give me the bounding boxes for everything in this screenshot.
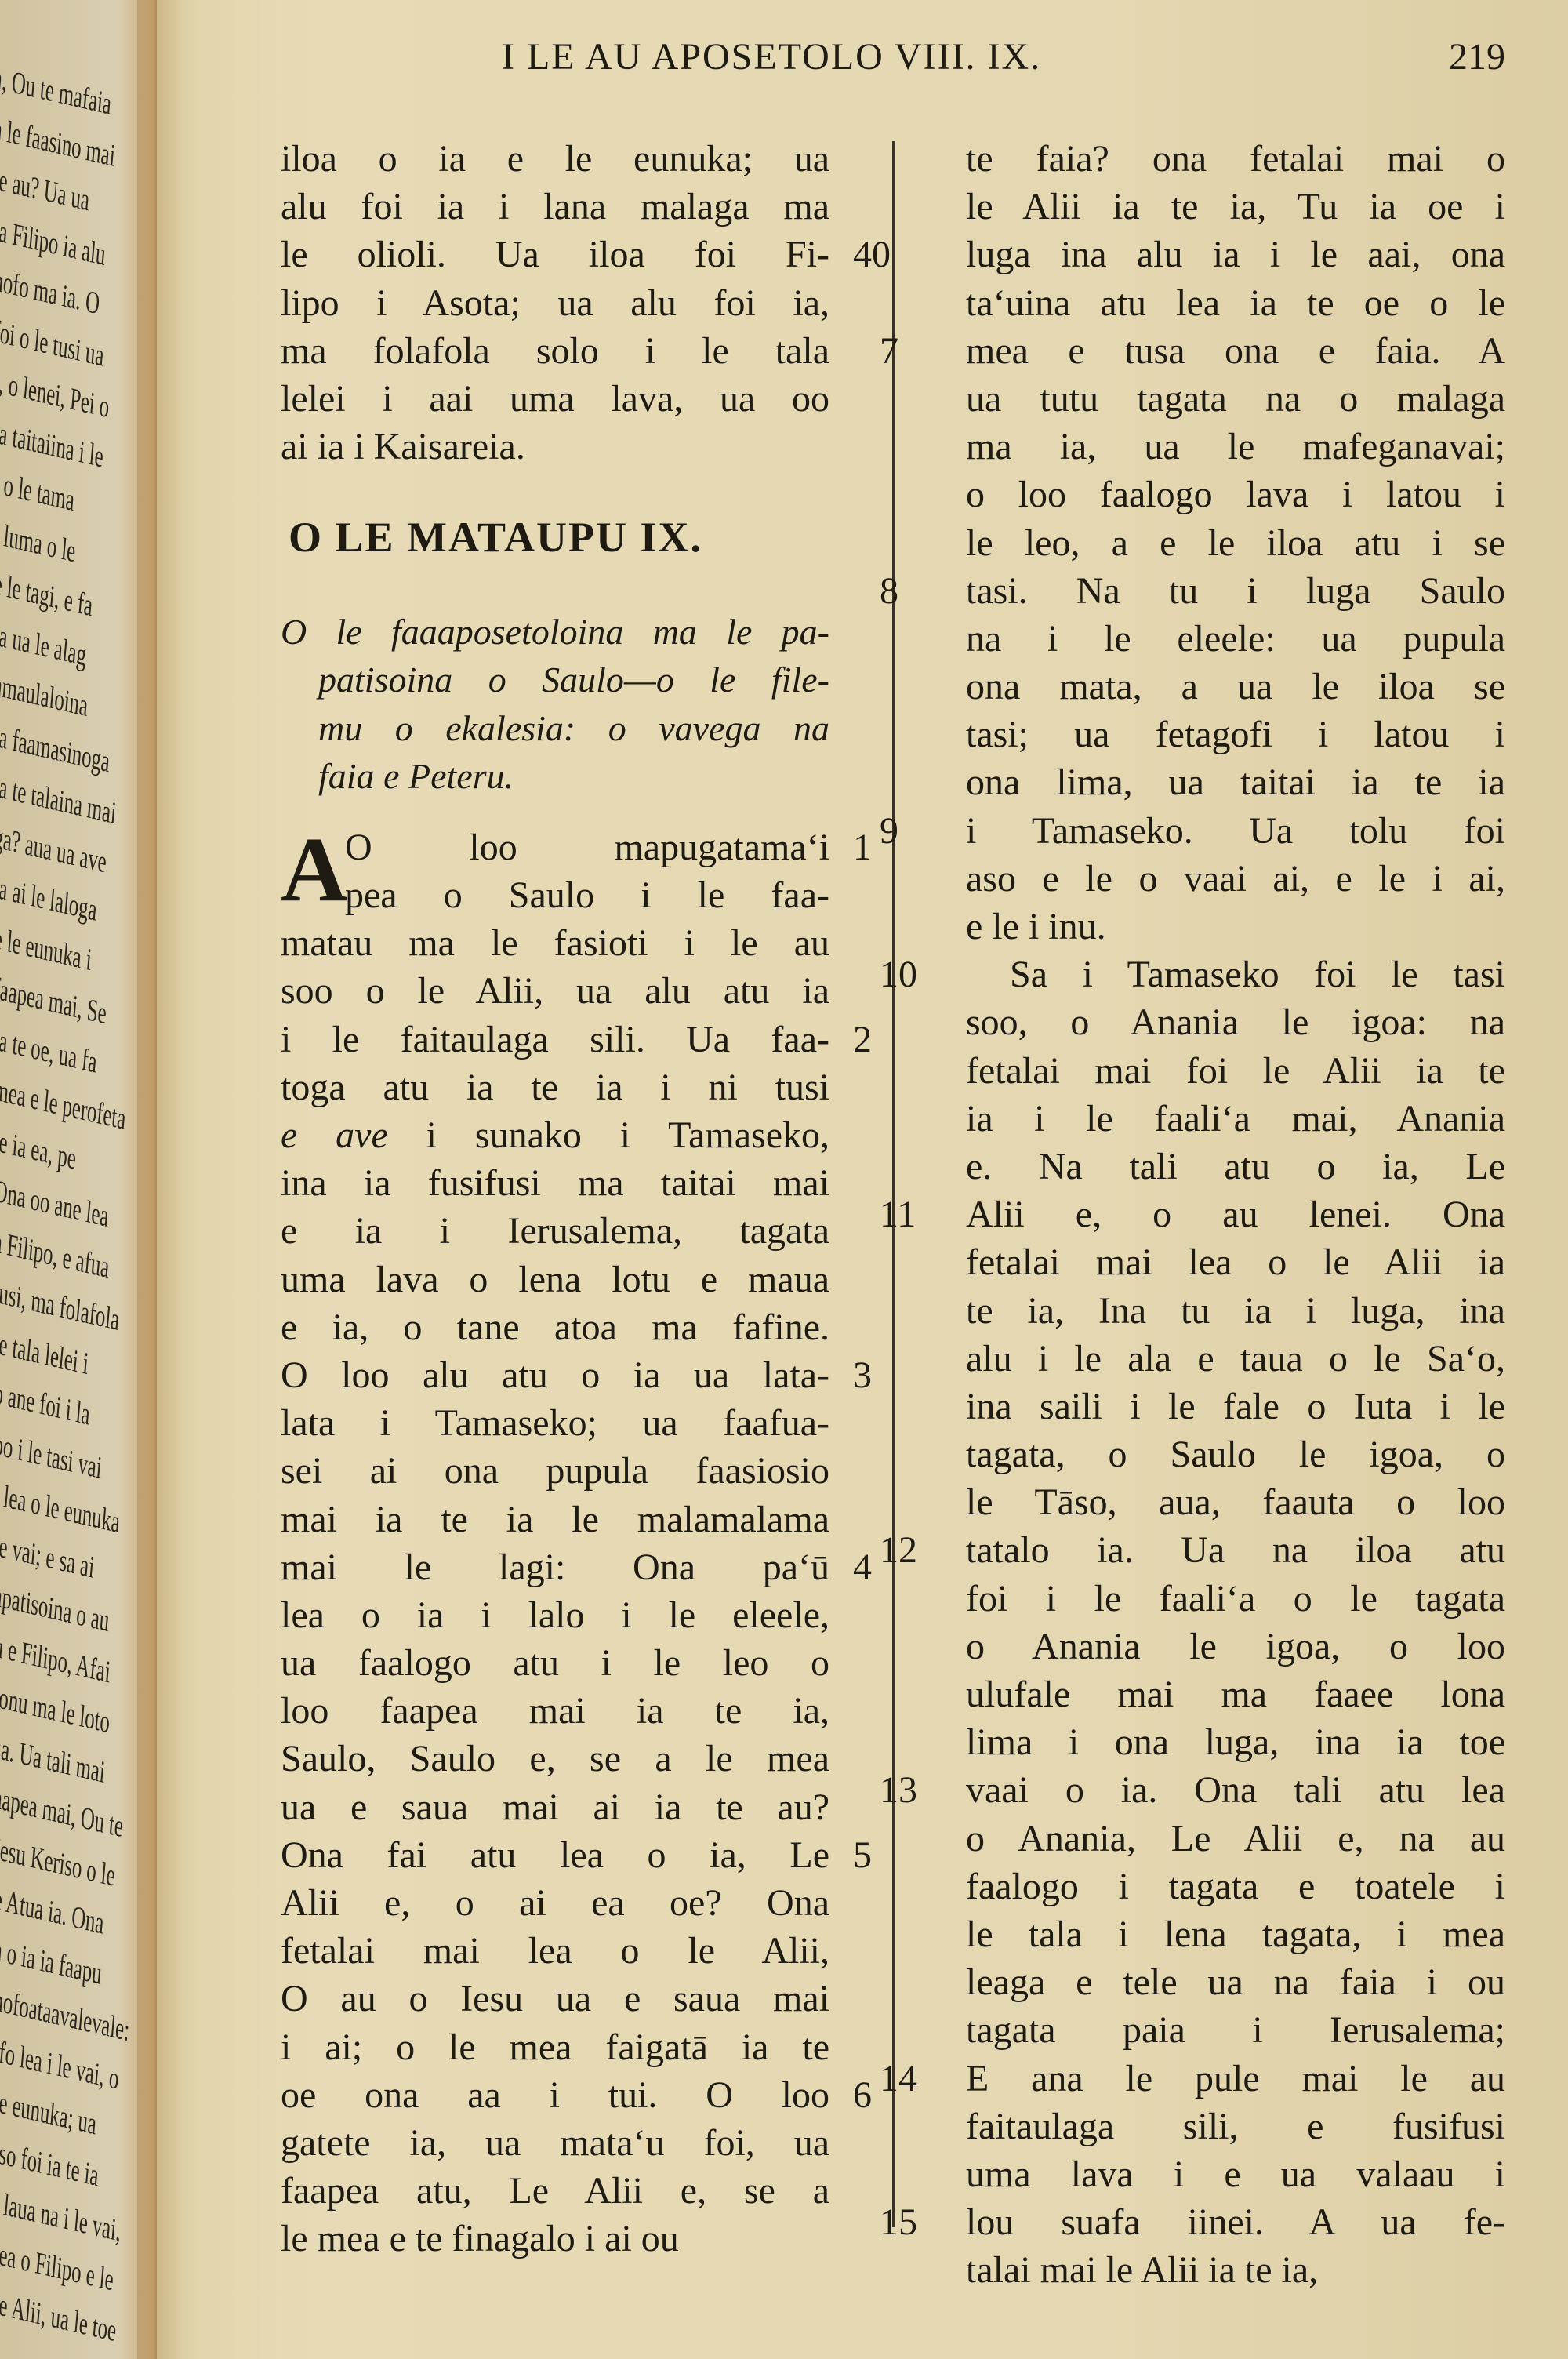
- text-line: alu i le ala e taua o le Sa‘o,: [966, 1335, 1505, 1383]
- line-text: alu i le ala e taua o le Sa‘o,: [966, 1338, 1505, 1379]
- text-line: pea o Saulo i le faa-: [281, 871, 829, 919]
- text-line: e ia i Ierusalema, tagata: [281, 1207, 829, 1255]
- text-line: faalogo i tagata e toatele i: [966, 1863, 1505, 1910]
- text-line: te faia? ona fetalai mai o: [966, 135, 1505, 183]
- line-text: ta‘uina atu lea ia te oe o le: [966, 282, 1505, 324]
- text-line: alu foi ia i lana malaga ma: [281, 183, 829, 231]
- text-line: Ona fai atu lea o ia, Le5: [281, 1831, 829, 1879]
- line-text: le olioli. Ua iloa foi Fi-: [281, 234, 829, 275]
- line-text: fetalai mai lea o le Alii,: [281, 1930, 829, 1972]
- line-text: e ia i Ierusalema, tagata: [281, 1210, 829, 1252]
- line-text: lipo i Asota; ua alu foi ia,: [281, 282, 829, 324]
- text-line: aso e le o vaai ai, e le i ai,: [966, 855, 1505, 903]
- line-text: le Tāso, aua, faauta o loo: [966, 1481, 1505, 1523]
- chapter-9-body: A O loo mapugatama‘i1pea o Saulo i le fa…: [281, 823, 829, 2263]
- previous-page-line: apatisoina o au: [0, 1576, 111, 1639]
- verse-number: 3: [853, 1351, 924, 1399]
- line-text: le leo, a e le iloa atu i se: [966, 522, 1505, 564]
- text-line: ma ia, ua le mafeganavai;: [966, 423, 1505, 471]
- verse-number: 8: [880, 567, 950, 615]
- text-line: ta‘uina atu lea ia te oe o le: [966, 279, 1505, 327]
- line-text: i sunako i Tamaseko,: [388, 1114, 829, 1156]
- text-line: o loo faalogo lava i latou i: [966, 471, 1505, 518]
- text-line: O loo mapugatama‘i1: [281, 823, 829, 871]
- previous-page-line: i lea o le eunuka: [0, 1475, 122, 1540]
- text-line: lima i ona luga, ina ia toe: [966, 1718, 1505, 1766]
- line-text: lou suafa iinei. A ua fe-: [966, 2201, 1505, 2243]
- line-text: Alii e, o au lenei. Ona: [966, 1194, 1505, 1235]
- line-text: gatete ia, ua mata‘u foi, ua: [281, 2122, 829, 2164]
- line-text: lata i Tamaseko; ua faafua-: [281, 1402, 829, 1444]
- previous-page-line: ia te oe, ua fa: [0, 1020, 99, 1080]
- line-text: tasi. Na tu i luga Saulo: [966, 570, 1505, 612]
- previous-page-line: te au? Ua ua: [0, 160, 91, 218]
- line-text: toga atu ia te ia i ni tusi: [281, 1067, 829, 1108]
- text-line: faapea atu, Le Alii e, se a: [281, 2167, 829, 2215]
- text-line: i le faitaulaga sili. Ua faa-2: [281, 1016, 829, 1063]
- text-line: tagata paia i Ierusalema;: [966, 2006, 1505, 2054]
- line-text: mea e tusa ona e faia. A: [966, 330, 1505, 372]
- text-line: foi i le faali‘a o le tagata: [966, 1575, 1505, 1623]
- line-text: ma folafola solo i le tala: [281, 330, 829, 372]
- line-text: te ia, Ina tu ia i luga, ina: [966, 1290, 1505, 1332]
- line-text: loo faapea mai ia te ia,: [281, 1690, 829, 1732]
- text-line: i ai; o le mea faigatā ia te: [281, 2023, 829, 2071]
- text-line: ua e saua mai ai ia te au?: [281, 1783, 829, 1831]
- previous-page-line: ga? aua ua ave: [0, 818, 108, 880]
- previous-page-line: e le tagi, e fa: [0, 565, 94, 623]
- text-line: tasi. Na tu i luga Saulo8: [966, 567, 1505, 615]
- line-text: na i le eleele: ua pupula: [966, 618, 1505, 660]
- verse-number: 7: [880, 327, 950, 375]
- text-line: e ave i sunako i Tamaseko,: [281, 1111, 829, 1159]
- text-line: O au o Iesu ua e saua mai: [281, 1975, 829, 2023]
- column-divider: [892, 141, 895, 2227]
- line-text: fetalai mai lea o le Alii ia: [966, 1241, 1505, 1283]
- line-text: o loo faalogo lava i latou i: [966, 474, 1505, 515]
- line-text: lea o ia i lalo i le eleele,: [281, 1594, 829, 1636]
- chapter-summary: O le faaaposetoloina ma le pa-patisoina …: [281, 608, 829, 800]
- line-text: le Alii ia te ia, Tu ia oe i: [966, 186, 1505, 227]
- chapter-8-ending: iloa o ia e le eunuka; uaalu foi ia i la…: [281, 135, 829, 471]
- text-line: sei ai ona pupula faasiosio: [281, 1447, 829, 1495]
- text-line: soo o le Alii, ua alu atu ia: [281, 967, 829, 1015]
- line-text: faapea atu, Le Alii e, se a: [281, 2170, 829, 2212]
- previous-page-line: a Filipo, e afua: [0, 1223, 111, 1285]
- text-line: lelei i aai uma lava, ua oo: [281, 375, 829, 423]
- summary-line: patisoina o Saulo—o le file-: [281, 656, 829, 703]
- previous-page-line: ia faamasinoga: [0, 717, 111, 780]
- italic-text: e ave: [281, 1114, 388, 1156]
- text-line: matau ma le fasioti i le au: [281, 919, 829, 967]
- verse-number: 9: [880, 807, 950, 855]
- text-line: fetalai mai lea o le Alii,: [281, 1927, 829, 1975]
- line-text: Ona fai atu lea o ia, Le: [281, 1834, 829, 1876]
- text-line: tagata, o Saulo le igoa, o: [966, 1430, 1505, 1478]
- previous-page-line: a o ia ia faapu: [0, 1931, 103, 1992]
- line-text: o Anania le igoa, o loo: [966, 1626, 1505, 1667]
- text-line: O loo alu atu o ia ua lata-3: [281, 1351, 829, 1399]
- text-line: faitaulaga sili, e fusifusi: [966, 2103, 1505, 2150]
- summary-line: mu o ekalesia: o vavega na: [281, 704, 829, 752]
- page-number: 219: [1449, 35, 1505, 78]
- verse-number: 14: [880, 2055, 950, 2103]
- text-line: mea e tusa ona e faia. A7: [966, 327, 1505, 375]
- line-text: lelei i aai uma lava, ua oo: [281, 378, 829, 420]
- line-text: vaai o ia. Ona tali atu lea: [966, 1769, 1505, 1811]
- previous-page-line: foi o le tusi ua: [0, 312, 106, 373]
- previous-page-line: i o le tama: [0, 463, 76, 518]
- text-line: le tala i lena tagata, i mea: [966, 1910, 1505, 1958]
- line-text: ma ia, ua le mafeganavai;: [966, 426, 1505, 467]
- previous-page-line: amaulaloina: [0, 666, 89, 724]
- text-line: le Alii ia te ia, Tu ia oe i: [966, 183, 1505, 231]
- line-text: tasi; ua fetagofi i latou i: [966, 714, 1505, 755]
- text-line: tatalo ia. Ua na iloa atu12: [966, 1526, 1505, 1574]
- previous-page-line: ia ua le alag: [0, 616, 88, 673]
- left-column: iloa o ia e le eunuka; uaalu foi ia i la…: [281, 135, 829, 2263]
- previous-page-line: ia Filipo ia alu: [0, 211, 107, 273]
- text-line: e ia, o tane atoa ma fafine.: [281, 1303, 829, 1351]
- line-text: ina ia fusifusi ma taitai mai: [281, 1162, 829, 1204]
- line-text: ia i le faali‘a mai, Anania: [966, 1098, 1505, 1140]
- line-text: iloa o ia e le eunuka; ua: [281, 138, 829, 180]
- verse-number: 15: [880, 2198, 950, 2246]
- line-text: O loo alu atu o ia ua lata-: [281, 1354, 829, 1396]
- previous-page-line: e le eunuka i: [0, 919, 93, 978]
- line-text: ua tutu tagata na o malaga: [966, 378, 1505, 420]
- text-line: fetalai mai lea o le Alii ia: [966, 1238, 1505, 1286]
- line-text: faalogo i tagata e toatele i: [966, 1866, 1505, 1907]
- line-text: ona lima, ua taitai ia te ia: [966, 761, 1505, 803]
- text-line: ma folafola solo i le tala: [281, 327, 829, 375]
- text-line: vaai o ia. Ona tali atu lea13: [966, 1766, 1505, 1814]
- verse-number: 13: [880, 1766, 950, 1814]
- line-text: i le faitaulaga sili. Ua faa-: [281, 1019, 829, 1060]
- text-line: toga atu ia te ia i ni tusi: [281, 1063, 829, 1111]
- text-line: uma lava o lena lotu e maua: [281, 1256, 829, 1303]
- text-line: ua faalogo atu i le leo o: [281, 1639, 829, 1687]
- text-line: tasi; ua fetagofi i latou i: [966, 711, 1505, 758]
- previous-page-line: te ia ea, pe: [0, 1121, 78, 1176]
- text-line: uma lava i e ua valaau i: [966, 2150, 1505, 2198]
- previous-page-line: le vai; e sa ai: [0, 1526, 96, 1586]
- line-text: tatalo ia. Ua na iloa atu: [966, 1529, 1505, 1571]
- previous-page-line: faapea mai, Se: [0, 969, 108, 1031]
- running-head: I LE AU APOSETOLO VIII. IX. 219: [502, 35, 1505, 90]
- line-text: matau ma le fasioti i le au: [281, 922, 829, 964]
- text-line: iloa o ia e le eunuka; ua: [281, 135, 829, 183]
- text-line: lipo i Asota; ua alu foi ia,: [281, 279, 829, 327]
- line-text: ua e saua mai ai ia te au?: [281, 1787, 829, 1828]
- line-text: e le i inu.: [966, 906, 1106, 947]
- text-line: le Tāso, aua, faauta o loo: [966, 1478, 1505, 1526]
- line-text: Alii e, o ai ea oe? Ona: [281, 1882, 829, 1924]
- line-text: luga ina alu ia i le aai, ona: [966, 234, 1505, 275]
- text-line: E ana le pule mai le au14: [966, 2055, 1505, 2103]
- text-line: soo, o Anania le igoa: na: [966, 998, 1505, 1046]
- verse-number: 40: [853, 231, 924, 278]
- text-line: na i le eleele: ua pupula: [966, 615, 1505, 663]
- line-text: mai le lagi: Ona pa‘ū: [281, 1547, 829, 1588]
- previous-page-line: Ona oo ane lea: [0, 1172, 111, 1234]
- text-line: luga ina alu ia i le aai, ona: [966, 231, 1505, 278]
- line-text: le tala i lena tagata, i mea: [966, 1914, 1505, 1955]
- line-text: ua faalogo atu i le leo o: [281, 1642, 829, 1684]
- line-text: i ai; o le mea faigatā ia te: [281, 2026, 829, 2068]
- previous-page-line: nofo ma ia. O: [0, 261, 101, 322]
- text-line: ina ia fusifusi ma taitai mai: [281, 1159, 829, 1207]
- line-text: lima i ona luga, ina ia toe: [966, 1721, 1505, 1763]
- text-line: Alii e, o au lenei. Ona11: [966, 1190, 1505, 1238]
- verse-number: 11: [880, 1190, 950, 1238]
- previous-page-line: la ai le laloga: [0, 868, 99, 928]
- text-line: ulufale mai ma faaee lona: [966, 1670, 1505, 1718]
- text-line: mai le lagi: Ona pa‘ū4: [281, 1543, 829, 1591]
- line-text: E ana le pule mai le au: [966, 2058, 1505, 2099]
- text-line: Saulo, Saulo e, se a le mea: [281, 1735, 829, 1783]
- previous-page-line: e Atua ia. Ona: [0, 1880, 106, 1941]
- summary-line: faia e Peteru.: [281, 752, 829, 800]
- text-line: ona lima, ua taitai ia te ia: [966, 758, 1505, 806]
- line-text: pea o Saulo i le faa-: [345, 874, 829, 916]
- line-text: tagata paia i Ierusalema;: [966, 2009, 1505, 2051]
- text-line: talai mai le Alii ia te ia,: [966, 2246, 1505, 2294]
- text-line: i Tamaseko. Ua tolu foi9: [966, 807, 1505, 855]
- verse-number: 12: [880, 1526, 950, 1574]
- text-line: lata i Tamaseko; ua faafua-: [281, 1399, 829, 1447]
- text-line: Sa i Tamaseko foi le tasi10: [966, 951, 1505, 998]
- text-line: mai ia te ia le malamalama: [281, 1496, 829, 1543]
- text-line: o Anania, Le Alii e, na au: [966, 1815, 1505, 1863]
- line-text: le mea e te finagalo i ai ou: [281, 2218, 679, 2259]
- text-line: leaga e tele ua na faia i ou: [966, 1958, 1505, 2006]
- line-text: ai ia i Kaisareia.: [281, 426, 525, 467]
- line-text: Saulo, Saulo e, se a le mea: [281, 1738, 829, 1779]
- text-line: le leo, a e le iloa atu i se: [966, 519, 1505, 567]
- verse-number: 10: [880, 951, 950, 998]
- line-text: faitaulaga sili, e fusifusi: [966, 2106, 1505, 2147]
- text-line: ia i le faali‘a mai, Anania: [966, 1095, 1505, 1143]
- line-text: aso e le o vaai ai, e le i ai,: [966, 858, 1505, 900]
- previous-page-line: o ane foi i la: [0, 1374, 92, 1432]
- text-line: oe ona aa i tui. O loo6: [281, 2071, 829, 2119]
- running-title: I LE AU APOSETOLO VIII. IX.: [502, 35, 1041, 78]
- text-line: ona mata, a ua le iloa se: [966, 663, 1505, 711]
- line-text: alu foi ia i lana malaga ma: [281, 186, 829, 227]
- previous-page-line: le eunuka; ua: [0, 2082, 98, 2142]
- line-text: oe ona aa i tui. O loo: [281, 2074, 829, 2116]
- line-text: e ia, o tane atoa ma fafine.: [281, 1307, 829, 1348]
- text-line: gatete ia, ua mata‘u foi, ua: [281, 2119, 829, 2167]
- line-text: te faia? ona fetalai mai o: [966, 138, 1505, 180]
- line-text: talai mai le Alii ia te ia,: [966, 2249, 1318, 2291]
- text-line: loo faapea mai ia te ia,: [281, 1687, 829, 1735]
- line-text: uma lava i e ua valaau i: [966, 2154, 1505, 2195]
- line-text: tagata, o Saulo le igoa, o: [966, 1434, 1505, 1475]
- text-line: o Anania le igoa, o loo: [966, 1623, 1505, 1670]
- text-line: ai ia i Kaisareia.: [281, 423, 829, 471]
- line-text: O loo mapugatama‘i: [345, 827, 829, 868]
- line-text: e. Na tali atu o ia, Le: [966, 1146, 1505, 1187]
- text-line: lou suafa iinei. A ua fe-15: [966, 2198, 1505, 2246]
- text-line: fetalai mai foi le Alii ia te: [966, 1047, 1505, 1095]
- summary-line: O le faaaposetoloina ma le pa-: [281, 608, 829, 656]
- text-line: ua tutu tagata na o malaga: [966, 375, 1505, 423]
- line-text: foi i le faali‘a o le tagata: [966, 1578, 1505, 1619]
- line-text: o Anania, Le Alii e, na au: [966, 1818, 1505, 1859]
- line-text: ona mata, a ua le iloa se: [966, 666, 1505, 707]
- chapter-heading: O LE MATAUPU IX.: [289, 502, 829, 572]
- line-text: uma lava o lena lotu e maua: [281, 1259, 829, 1300]
- line-text: i Tamaseko. Ua tolu foi: [966, 810, 1505, 852]
- text-line: te ia, Ina tu ia i luga, ina: [966, 1287, 1505, 1335]
- line-text: mai ia te ia le malamalama: [281, 1499, 829, 1540]
- previous-page-line: i luma o le: [0, 514, 77, 569]
- verse-number: 5: [853, 1831, 924, 1879]
- line-text: leaga e tele ua na faia i ou: [966, 1961, 1505, 2003]
- previous-page-line: le tala lelei i: [0, 1324, 90, 1382]
- text-line: e. Na tali atu o ia, Le: [966, 1143, 1505, 1190]
- verse-number: 2: [853, 1016, 924, 1063]
- previous-page-line: sa. Ua tali mai: [0, 1728, 107, 1790]
- line-text: ina saili i le fale o Iuta i le: [966, 1386, 1505, 1427]
- right-column: te faia? ona fetalai mai ole Alii ia te …: [966, 135, 1505, 2294]
- line-text: fetalai mai foi le Alii ia te: [966, 1050, 1505, 1092]
- previous-page-line: a, Ou te mafaia: [0, 59, 113, 122]
- previous-page-line: oo i le tasi vai: [0, 1425, 103, 1486]
- line-text: O au o Iesu ua e saua mai: [281, 1978, 829, 2019]
- line-text: soo o le Alii, ua alu atu ia: [281, 970, 829, 1012]
- text-line: le olioli. Ua iloa foi Fi-40: [281, 231, 829, 278]
- line-text: Sa i Tamaseko foi le tasi: [1010, 954, 1505, 995]
- text-line: lea o ia i lalo i le eleele,: [281, 1591, 829, 1639]
- text-line: Alii e, o ai ea oe? Ona: [281, 1879, 829, 1927]
- line-text: sei ai ona pupula faasiosio: [281, 1450, 829, 1492]
- previous-page-line: ia taitaiina i le: [0, 413, 105, 474]
- previous-page-line: iso foi ia te ia: [0, 2133, 100, 2194]
- text-line: le mea e te finagalo i ai ou: [281, 2215, 829, 2263]
- text-line: e le i inu.: [966, 903, 1505, 951]
- previous-page-edge: a, Ou te mafaiaa le faasino maite au? Ua…: [0, 0, 157, 2359]
- text-line: ina saili i le fale o Iuta i le: [966, 1383, 1505, 1430]
- line-text: ulufale mai ma faaee lona: [966, 1674, 1505, 1715]
- line-text: soo, o Anania le igoa: na: [966, 1001, 1505, 1043]
